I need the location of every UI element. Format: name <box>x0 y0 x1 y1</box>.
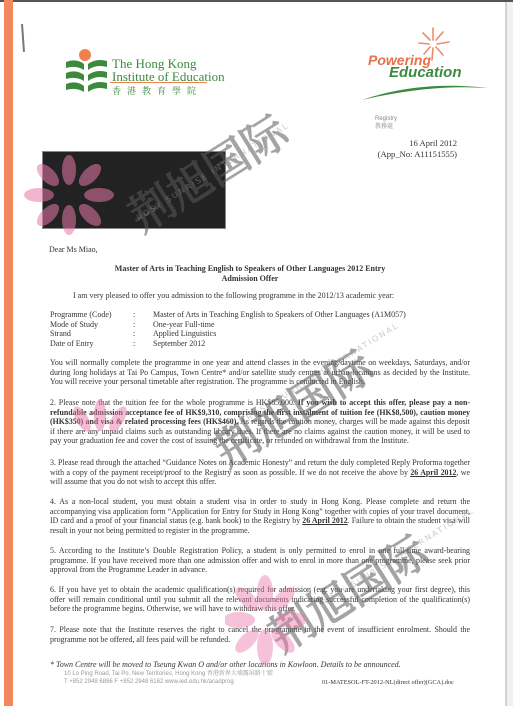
department-cn: 教務處 <box>375 123 397 131</box>
paragraph-1: You will normally complete the programme… <box>50 358 470 387</box>
detail-label: Strand <box>50 329 133 339</box>
detail-row: Date of Entry:September 2012 <box>50 339 406 349</box>
paragraph-4: 4. As a non-local student, you must obta… <box>50 497 470 535</box>
detail-colon: : <box>133 329 153 339</box>
detail-colon: : <box>133 320 153 330</box>
detail-colon: : <box>133 339 153 349</box>
detail-value: Applied Linguistics <box>153 329 216 339</box>
intro-text: I am very pleased to offer you admission… <box>73 291 394 300</box>
footer-address: 10 Lo Ping Road, Tai Po, New Territories… <box>64 670 273 678</box>
programme-details: Programme (Code):Master of Arts in Teach… <box>50 310 406 348</box>
letter-date-block: 16 April 2012 (App_No: A11151555) <box>378 138 457 160</box>
title-line1: Master of Arts in Teaching English to Sp… <box>40 264 460 274</box>
paragraph-6: 6. If you have yet to obtain the academi… <box>50 585 470 614</box>
letterhead-side-bar <box>4 0 13 706</box>
letter-title: Master of Arts in Teaching English to Sp… <box>40 264 460 284</box>
staple-mark <box>21 24 25 52</box>
detail-label: Date of Entry <box>50 339 133 349</box>
footer-contact: T +852 2948 6886 F +852 2948 6162 www.ie… <box>64 678 273 686</box>
institution-name: The Hong Kong Institute of Education <box>112 57 225 83</box>
logo-divider <box>110 82 207 83</box>
detail-row: Strand:Applied Linguistics <box>50 329 406 339</box>
detail-value: Master of Arts in Teaching English to Sp… <box>153 310 406 320</box>
slogan-cn: 啟界教育新動力 <box>421 80 456 87</box>
redacted-address-block <box>42 151 226 229</box>
footnote: * Town Centre will be moved to Tseung Kw… <box>50 660 401 669</box>
para4-deadline: 26 April 2012 <box>302 516 347 525</box>
application-number: (App_No: A11151555) <box>378 149 457 160</box>
detail-colon: : <box>133 310 153 320</box>
department-en: Registry <box>375 115 397 123</box>
detail-value: September 2012 <box>153 339 205 349</box>
para3-deadline: 26 April 2012 <box>410 468 456 477</box>
paragraph-3: 3. Please read through the attached “Gui… <box>50 458 470 487</box>
title-line2: Admission Offer <box>40 274 460 284</box>
logo-leaves-icon <box>64 58 109 96</box>
detail-label: Programme (Code) <box>50 310 133 320</box>
footer-address-block: 10 Lo Ping Road, Tai Po, New Territories… <box>64 670 273 686</box>
paragraph-7: 7. Please note that the Institute reserv… <box>50 625 470 644</box>
letter-page: The Hong Kong Institute of Education 香港教… <box>0 0 507 706</box>
detail-value: One-year Full-time <box>153 320 215 330</box>
department-label: Registry 教務處 <box>375 115 397 131</box>
letter-date: 16 April 2012 <box>378 138 457 149</box>
paragraph-5: 5. According to the Institute’s Double R… <box>50 546 470 575</box>
paragraph-2: 2. Please note that the tuition fee for … <box>50 398 470 446</box>
document-reference: 01-MATESOL-FT-2012-NL(direct offer)(GCA)… <box>322 679 454 686</box>
detail-label: Mode of Study <box>50 320 133 330</box>
detail-row: Mode of Study:One-year Full-time <box>50 320 406 330</box>
salutation: Dear Ms Miao, <box>49 245 98 254</box>
para2-fee-text: 2. Please note that the tuition fee for … <box>50 398 298 407</box>
institution-name-cn: 香港教育學院 <box>112 84 202 97</box>
para3-text: 3. Please read through the attached “Gui… <box>50 458 470 477</box>
detail-row: Programme (Code):Master of Arts in Teach… <box>50 310 406 320</box>
scan-edge <box>0 0 513 2</box>
